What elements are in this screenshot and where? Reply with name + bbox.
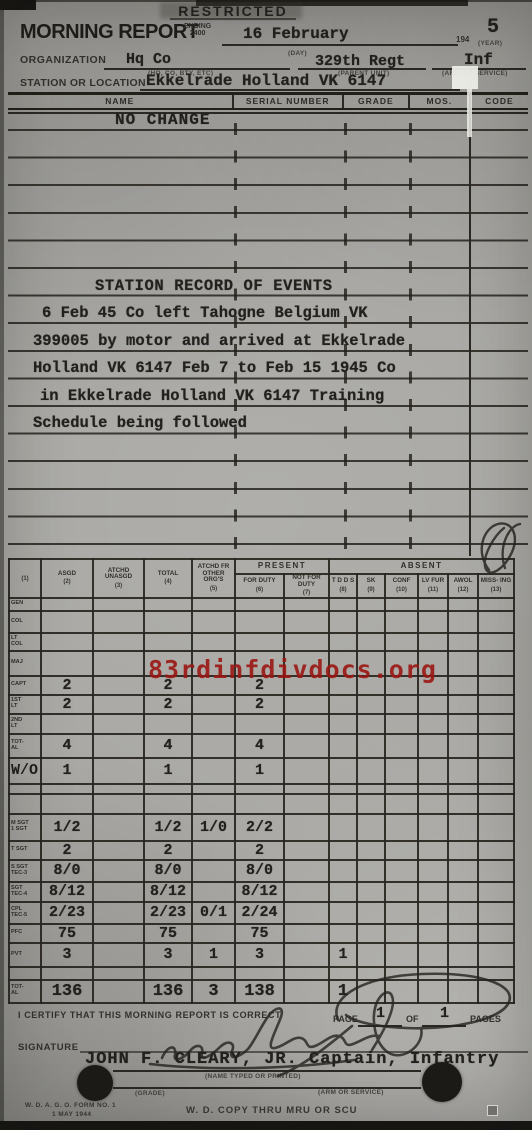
strength-cell xyxy=(192,967,235,980)
strength-cell xyxy=(235,794,284,814)
strength-cell xyxy=(385,943,418,967)
strength-row-label: CAPT xyxy=(9,676,41,695)
strength-cell xyxy=(357,784,385,794)
name-column-header: MOS. xyxy=(408,95,469,108)
strength-cell xyxy=(284,902,329,924)
strength-row: CPL TEC-52/232/230/12/24 xyxy=(9,902,514,924)
strength-cell: 8/0 xyxy=(41,860,93,882)
strength-row: GEN xyxy=(9,598,514,611)
strength-cell xyxy=(385,860,418,882)
strength-cell xyxy=(357,794,385,814)
present-group-header: PRESENT xyxy=(235,559,329,574)
strength-cell: 2 xyxy=(235,841,284,860)
strength-column-header: CONF(10) xyxy=(385,574,418,598)
year-caption: (YEAR) xyxy=(478,40,502,47)
strength-cell xyxy=(385,784,418,794)
strength-cell: 75 xyxy=(235,924,284,943)
strength-cell xyxy=(385,598,418,611)
strength-cell xyxy=(192,633,235,651)
strength-cell: 75 xyxy=(41,924,93,943)
strength-cell xyxy=(284,943,329,967)
pages-underline xyxy=(422,1025,466,1027)
column-tick-mos xyxy=(409,123,412,551)
strength-cell xyxy=(448,633,478,651)
strength-cell: 0/1 xyxy=(192,902,235,924)
strength-cell xyxy=(478,695,514,714)
strength-column-header: FOR DUTY(6) xyxy=(235,574,284,598)
strength-cell xyxy=(192,695,235,714)
strength-row-label: S SGT TEC-3 xyxy=(9,860,41,882)
strength-cell xyxy=(41,714,93,734)
strength-cell xyxy=(284,980,329,1003)
grade-caption: (GRADE) xyxy=(135,1090,165,1097)
strength-cell xyxy=(357,882,385,902)
strength-table-head: (1)ASGD(2)ATCHD UNASGD(3)TOTAL(4)ATCHD F… xyxy=(9,559,514,598)
watermark: 83rdinfdivdocs.org xyxy=(148,655,437,684)
strength-row: PVT33131 xyxy=(9,943,514,967)
strength-cell xyxy=(478,943,514,967)
strength-cell xyxy=(385,967,418,980)
name-caption-line xyxy=(113,1070,421,1072)
strength-cell xyxy=(284,633,329,651)
strength-cell xyxy=(93,814,144,841)
strength-cell xyxy=(448,841,478,860)
strength-cell xyxy=(448,943,478,967)
strength-cell xyxy=(357,860,385,882)
strength-cell xyxy=(418,943,448,967)
report-date: 16 February xyxy=(243,25,349,43)
strength-cell xyxy=(418,695,448,714)
strength-cell xyxy=(93,695,144,714)
strength-cell xyxy=(418,611,448,633)
strength-row-label xyxy=(9,784,41,794)
strength-cell xyxy=(93,784,144,794)
strength-cell xyxy=(448,758,478,784)
strength-cell xyxy=(144,598,192,611)
strength-cell xyxy=(41,794,93,814)
strength-cell xyxy=(93,943,144,967)
strength-row-label: M SGT 1 SGT xyxy=(9,814,41,841)
strength-cell xyxy=(385,980,418,1003)
strength-cell: 1 xyxy=(329,943,357,967)
strength-cell xyxy=(478,651,514,676)
copy-note: W. D. COPY THRU MRU OR SCU xyxy=(186,1105,358,1116)
page-value: 1 xyxy=(376,1005,385,1022)
strength-cell xyxy=(448,814,478,841)
strength-cell xyxy=(478,814,514,841)
strength-cell: 75 xyxy=(144,924,192,943)
strength-cell xyxy=(357,598,385,611)
strength-cell xyxy=(448,902,478,924)
strength-column-header: SK(9) xyxy=(357,574,385,598)
strength-cell xyxy=(418,598,448,611)
strength-cell: 138 xyxy=(235,980,284,1003)
strength-cell xyxy=(329,841,357,860)
strength-row-label: 1ST LT xyxy=(9,695,41,714)
code-column-line xyxy=(469,95,471,556)
strength-cell xyxy=(357,734,385,758)
strength-cell xyxy=(329,611,357,633)
strength-row: PFC757575 xyxy=(9,924,514,943)
strength-cell: 2 xyxy=(235,695,284,714)
strength-cell xyxy=(357,758,385,784)
strength-cell xyxy=(418,924,448,943)
form-number: W. D. A. G. O. FORM NO. 1 xyxy=(25,1102,116,1109)
strength-cell xyxy=(385,841,418,860)
strength-cell xyxy=(357,980,385,1003)
absent-group-header: ABSENT xyxy=(329,559,514,574)
name-column-header: CODE xyxy=(469,95,528,108)
strength-cell xyxy=(418,980,448,1003)
strength-cell xyxy=(385,758,418,784)
strength-cell xyxy=(329,695,357,714)
organization-value: Hq Co xyxy=(126,51,171,68)
strength-cell xyxy=(192,860,235,882)
station-value: Ekkelrade Holland VK 6147 xyxy=(146,72,386,90)
strength-cell xyxy=(284,714,329,734)
strength-column-header: LV FUR(11) xyxy=(418,574,448,598)
strength-cell: 8/12 xyxy=(235,882,284,902)
strength-row: TOT- AL13613631381 xyxy=(9,980,514,1003)
strength-cell xyxy=(448,598,478,611)
strength-cell xyxy=(192,734,235,758)
strength-column-header: (1) xyxy=(9,559,41,598)
certify-statement: I CERTIFY THAT THIS MORNING REPORT IS CO… xyxy=(18,1010,281,1020)
strength-cell xyxy=(284,967,329,980)
strength-row-label: PFC xyxy=(9,924,41,943)
strength-cell: 2/2 xyxy=(235,814,284,841)
strength-cell xyxy=(478,734,514,758)
strength-cell xyxy=(357,943,385,967)
events-line: Holland VK 6147 Feb 7 to Feb 15 1945 Co xyxy=(33,359,396,377)
events-line: Schedule being followed xyxy=(33,414,247,432)
strength-cell xyxy=(144,794,192,814)
day-caption: (DAY) xyxy=(288,50,307,57)
strength-cell xyxy=(284,860,329,882)
strength-cell xyxy=(284,882,329,902)
strength-cell xyxy=(418,967,448,980)
strength-cell xyxy=(448,734,478,758)
strength-cell xyxy=(478,633,514,651)
strength-cell xyxy=(357,611,385,633)
strength-cell xyxy=(41,967,93,980)
strength-cell xyxy=(93,758,144,784)
strength-row xyxy=(9,967,514,980)
strength-cell: 3 xyxy=(41,943,93,967)
strength-cell: 8/0 xyxy=(235,860,284,882)
strength-cell xyxy=(385,714,418,734)
strength-cell: 2 xyxy=(41,676,93,695)
strength-row: TOT- AL444 xyxy=(9,734,514,758)
strength-cell: 2 xyxy=(41,695,93,714)
strength-cell xyxy=(478,676,514,695)
strength-cell xyxy=(93,676,144,695)
strength-cell: 1 xyxy=(235,758,284,784)
strength-cell xyxy=(385,633,418,651)
strength-column-header: ATCHD FR OTHER ORG'S(5) xyxy=(192,559,235,598)
strength-cell xyxy=(284,814,329,841)
strength-row xyxy=(9,794,514,814)
strength-cell: 1 xyxy=(144,758,192,784)
strength-row-label: CPL TEC-5 xyxy=(9,902,41,924)
strength-cell: 8/0 xyxy=(144,860,192,882)
strength-cell xyxy=(192,598,235,611)
strength-header-row: (1)ASGD(2)ATCHD UNASGD(3)TOTAL(4)ATCHD F… xyxy=(9,559,514,574)
strength-cell xyxy=(418,794,448,814)
strength-cell xyxy=(192,794,235,814)
strength-cell xyxy=(192,758,235,784)
strength-cell xyxy=(284,758,329,784)
strength-cell xyxy=(478,714,514,734)
year-prefix: 194 xyxy=(456,35,469,44)
strength-cell xyxy=(144,714,192,734)
strength-cell xyxy=(329,902,357,924)
pages-value: 1 xyxy=(440,1005,449,1022)
strength-cell xyxy=(329,882,357,902)
strength-cell xyxy=(478,967,514,980)
strength-cell xyxy=(357,967,385,980)
strength-cell xyxy=(418,714,448,734)
strength-row: M SGT 1 SGT1/21/21/02/2 xyxy=(9,814,514,841)
strength-cell xyxy=(93,598,144,611)
strength-cell xyxy=(418,882,448,902)
strength-cell xyxy=(448,882,478,902)
strength-cell: 4 xyxy=(235,734,284,758)
strength-cell xyxy=(284,734,329,758)
name-column-header: NAME xyxy=(8,95,232,108)
strength-cell: 3 xyxy=(192,980,235,1003)
strength-cell xyxy=(478,598,514,611)
strength-cell xyxy=(144,784,192,794)
strength-cell xyxy=(93,714,144,734)
strength-cell xyxy=(192,784,235,794)
strength-cell: 1 xyxy=(192,943,235,967)
strength-cell xyxy=(418,633,448,651)
strength-cell xyxy=(478,841,514,860)
strength-column-header: MISS- ING(13) xyxy=(478,574,514,598)
strength-cell xyxy=(478,882,514,902)
strength-cell xyxy=(235,598,284,611)
events-line: 399005 by motor and arrived at Ekkelrade xyxy=(33,332,405,350)
punch-hole-right xyxy=(422,1062,462,1102)
form-title: MORNING REPORT xyxy=(20,21,199,44)
strength-cell: 136 xyxy=(144,980,192,1003)
strength-cell xyxy=(329,924,357,943)
strength-cell xyxy=(93,924,144,943)
rule-heavy xyxy=(8,108,528,110)
strength-cell xyxy=(385,902,418,924)
station-underline xyxy=(140,89,460,91)
strength-cell xyxy=(93,967,144,980)
classification-stamp: RESTRICTED xyxy=(158,3,308,19)
strength-row: S SGT TEC-38/08/08/0 xyxy=(9,860,514,882)
strength-cell xyxy=(144,967,192,980)
strength-column-header: AWOL(12) xyxy=(448,574,478,598)
strength-cell: 1/2 xyxy=(144,814,192,841)
strength-cell xyxy=(93,902,144,924)
page-label: PAGE xyxy=(333,1014,358,1024)
strength-cell xyxy=(192,714,235,734)
station-label: STATION OR LOCATION xyxy=(20,77,146,89)
strength-cell xyxy=(478,784,514,794)
strength-cell xyxy=(418,784,448,794)
strength-cell xyxy=(284,598,329,611)
year-digit: 5 xyxy=(487,16,499,39)
strength-cell xyxy=(385,734,418,758)
parent-unit-value: 329th Regt xyxy=(315,53,405,70)
strength-row: COL xyxy=(9,611,514,633)
strength-row: W/O111 xyxy=(9,758,514,784)
stamp-underline xyxy=(170,18,296,20)
strength-row-label: MAJ xyxy=(9,651,41,676)
strength-cell xyxy=(478,902,514,924)
strength-cell xyxy=(41,633,93,651)
strength-cell xyxy=(357,695,385,714)
strength-cell xyxy=(448,676,478,695)
strength-row-label: GEN xyxy=(9,598,41,611)
strength-cell xyxy=(448,784,478,794)
strength-row-label: TOT- AL xyxy=(9,734,41,758)
strength-cell: 2 xyxy=(41,841,93,860)
strength-cell xyxy=(329,758,357,784)
strength-cell xyxy=(284,924,329,943)
strength-cell xyxy=(329,967,357,980)
strength-cell xyxy=(357,814,385,841)
strength-cell: 3 xyxy=(144,943,192,967)
morning-report-document: RESTRICTED MORNING REPORT ENDING 2400 16… xyxy=(0,0,532,1130)
organization-label: ORGANIZATION xyxy=(20,54,106,66)
strength-cell: 1 xyxy=(329,980,357,1003)
strength-cell xyxy=(41,784,93,794)
strength-cell xyxy=(93,734,144,758)
name-caption: (NAME TYPED OR PRINTED) xyxy=(205,1073,301,1080)
strength-cell xyxy=(385,882,418,902)
strength-cell xyxy=(478,758,514,784)
strength-row-label xyxy=(9,794,41,814)
strength-row-label: W/O xyxy=(9,758,41,784)
arm-service-caption: (ARM OR SERVICE) xyxy=(318,1089,384,1096)
strength-row: T SGT222 xyxy=(9,841,514,860)
strength-cell xyxy=(385,794,418,814)
strength-cell: 2/24 xyxy=(235,902,284,924)
strength-cell xyxy=(418,814,448,841)
strength-cell xyxy=(448,651,478,676)
strength-cell xyxy=(478,860,514,882)
strength-cell xyxy=(448,695,478,714)
strength-cell: 1 xyxy=(41,758,93,784)
strength-cell xyxy=(93,633,144,651)
strength-cell xyxy=(329,598,357,611)
strength-cell xyxy=(93,841,144,860)
events-line: 6 Feb 45 Co left Tahogne Belgium VK xyxy=(42,304,368,322)
strength-cell xyxy=(192,611,235,633)
ending-value: 2400 xyxy=(190,30,206,37)
form-date: 1 MAY 1944 xyxy=(52,1111,91,1118)
strength-cell xyxy=(93,860,144,882)
strength-table: (1)ASGD(2)ATCHD UNASGD(3)TOTAL(4)ATCHD F… xyxy=(8,558,515,1004)
of-label: OF xyxy=(406,1014,419,1024)
strength-cell xyxy=(329,714,357,734)
strength-cell xyxy=(41,598,93,611)
strength-cell xyxy=(418,734,448,758)
no-change-entry: NO CHANGE xyxy=(115,111,210,129)
strength-cell xyxy=(448,611,478,633)
strength-cell xyxy=(192,841,235,860)
events-title: STATION RECORD OF EVENTS xyxy=(95,277,333,295)
registration-square xyxy=(487,1105,498,1116)
strength-row-label: TOT- AL xyxy=(9,980,41,1003)
ending-label: ENDING xyxy=(184,23,211,30)
strength-row-label: T SGT xyxy=(9,841,41,860)
strength-cell xyxy=(235,714,284,734)
strength-cell xyxy=(329,633,357,651)
strength-cell xyxy=(192,924,235,943)
signature-label: SIGNATURE xyxy=(18,1042,79,1053)
scan-edge-artifact xyxy=(0,1121,532,1130)
strength-cell xyxy=(192,882,235,902)
strength-cell xyxy=(478,980,514,1003)
punch-hole-left xyxy=(77,1065,113,1101)
strength-cell xyxy=(284,841,329,860)
strength-cell xyxy=(329,784,357,794)
strength-cell xyxy=(41,651,93,676)
strength-row-label xyxy=(9,967,41,980)
strength-cell xyxy=(93,882,144,902)
strength-row: 2ND LT xyxy=(9,714,514,734)
strength-cell xyxy=(93,794,144,814)
strength-cell xyxy=(357,902,385,924)
correction-mark xyxy=(452,66,478,89)
strength-cell: 8/12 xyxy=(41,882,93,902)
correction-streak xyxy=(467,89,472,137)
page-underline xyxy=(358,1025,402,1027)
strength-cell xyxy=(357,924,385,943)
strength-cell xyxy=(448,714,478,734)
date-underline xyxy=(222,44,458,46)
strength-cell: 2 xyxy=(144,841,192,860)
strength-cell xyxy=(448,794,478,814)
strength-cell xyxy=(284,611,329,633)
strength-cell xyxy=(385,611,418,633)
strength-cell xyxy=(478,794,514,814)
strength-cell: 1/2 xyxy=(41,814,93,841)
strength-cell xyxy=(385,924,418,943)
strength-cell xyxy=(385,695,418,714)
name-column-header: GRADE xyxy=(342,95,408,108)
strength-cell xyxy=(284,784,329,794)
strength-cell xyxy=(418,841,448,860)
strength-cell xyxy=(284,794,329,814)
strength-cell xyxy=(357,633,385,651)
strength-cell xyxy=(448,980,478,1003)
strength-cell: 4 xyxy=(144,734,192,758)
name-table-header: NAMESERIAL NUMBERGRADEMOS.CODE xyxy=(8,95,528,108)
strength-cell xyxy=(329,860,357,882)
strength-row xyxy=(9,784,514,794)
strength-cell: 3 xyxy=(235,943,284,967)
strength-cell xyxy=(235,967,284,980)
strength-cell xyxy=(93,611,144,633)
strength-row-label: LT COL xyxy=(9,633,41,651)
strength-cell xyxy=(357,714,385,734)
strength-cell: 4 xyxy=(41,734,93,758)
strength-cell xyxy=(329,734,357,758)
strength-cell xyxy=(41,611,93,633)
strength-cell xyxy=(418,860,448,882)
strength-cell xyxy=(357,841,385,860)
strength-column-header: ASGD(2) xyxy=(41,559,93,598)
strength-cell xyxy=(144,611,192,633)
